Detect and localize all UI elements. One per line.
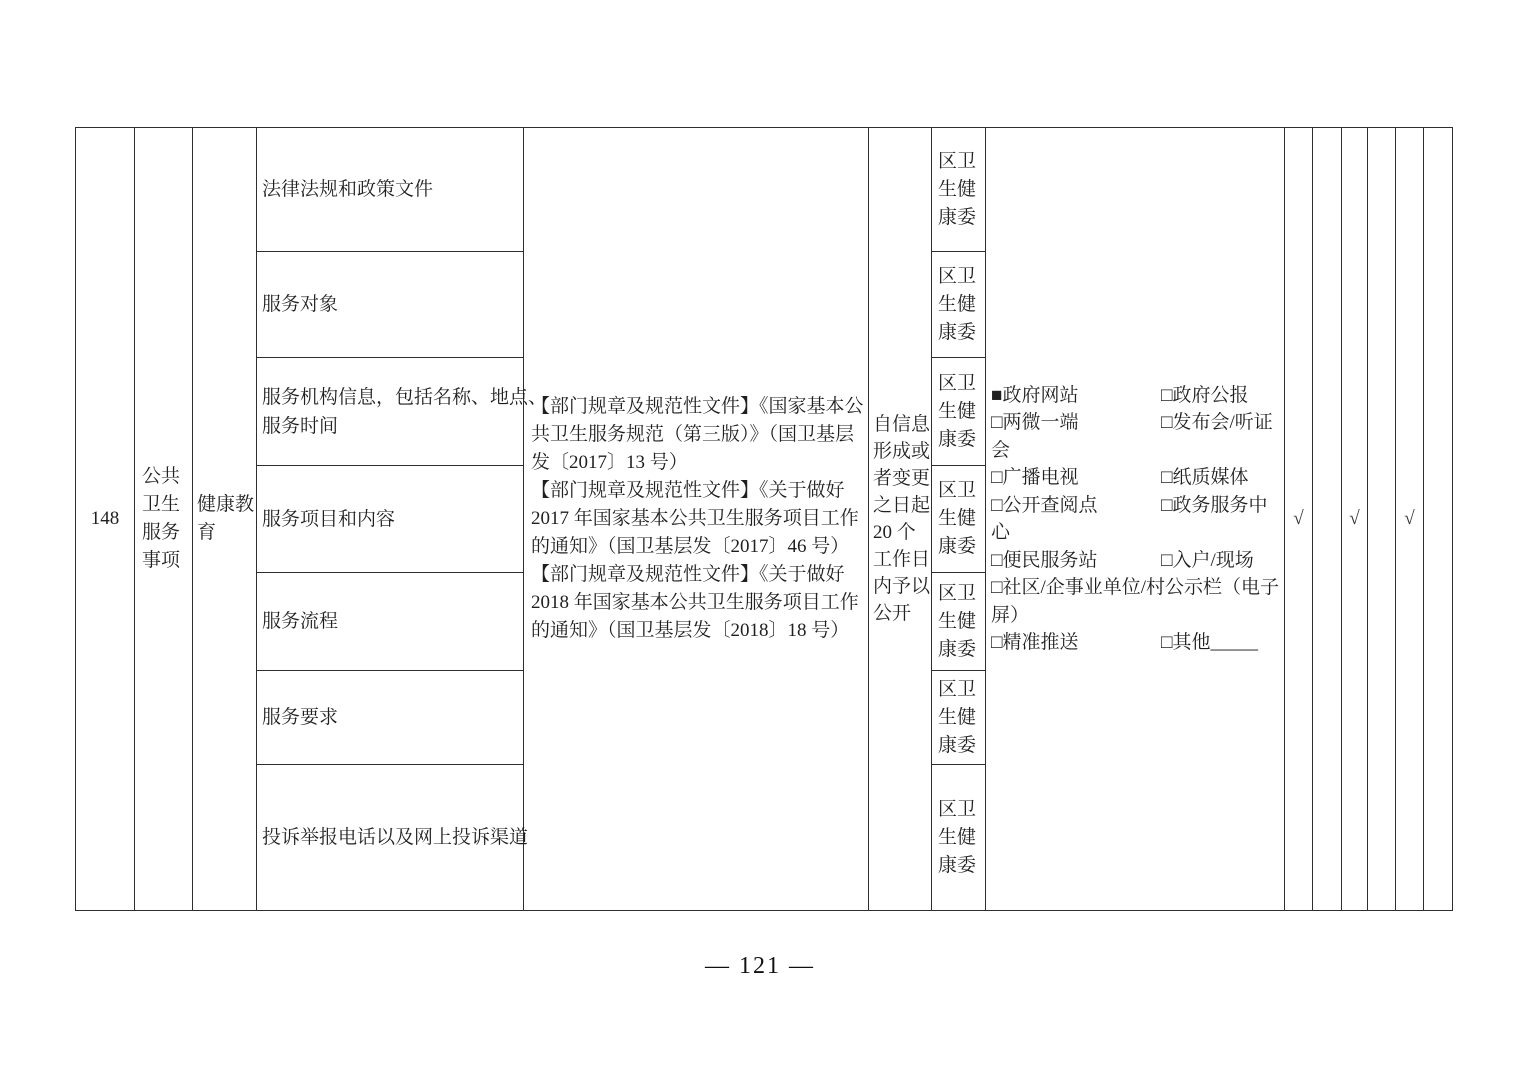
legal-basis-line: 2017 年国家基本公共卫生服务项目工作 xyxy=(524,505,868,533)
subcategory-line: 育 xyxy=(193,519,256,547)
department-line: 康委 xyxy=(932,533,985,561)
service-item-cell: 投诉举报电话以及网上投诉渠道 xyxy=(257,765,524,911)
legal-basis-line: 【部门规章及规范性文件】《关于做好 xyxy=(524,561,868,589)
department-line: 生健 xyxy=(932,176,985,204)
timing-line: 公开 xyxy=(869,600,931,627)
category-line: 服务 xyxy=(135,519,192,547)
department-line: 康委 xyxy=(932,426,985,454)
legal-basis-cell: 【部门规章及规范性文件】《国家基本公 共卫生服务规范（第三版）》（国卫基层 发〔… xyxy=(524,128,869,911)
channel-option: 心 xyxy=(991,519,1161,547)
subcategory-cell: 健康教 育 xyxy=(193,128,257,911)
channel-option: □两微一端 xyxy=(991,409,1161,437)
service-item-label: 服务流程 xyxy=(257,607,523,636)
department-line: 生健 xyxy=(932,704,985,732)
service-item-cell: 服务项目和内容 xyxy=(257,466,524,573)
department-line: 康委 xyxy=(932,204,985,232)
disclosure-channels-cell: ■政府网站□政府公报 □两微一端□发布会/听证 会 □广播电视□纸质媒体 □公开… xyxy=(986,128,1285,911)
legal-basis-line: 2018 年国家基本公共卫生服务项目工作 xyxy=(524,589,868,617)
service-item-cell: 法律法规和政策文件 xyxy=(257,128,524,252)
category-line: 事项 xyxy=(135,547,192,575)
responsible-department-cell: 区卫 生健 康委 xyxy=(932,466,986,573)
check-mark: √ xyxy=(1293,508,1303,529)
responsible-department-cell: 区卫 生健 康委 xyxy=(932,573,986,671)
check-column-2 xyxy=(1313,128,1342,911)
page-number: — 121 — xyxy=(0,953,1520,980)
timing-line: 工作日 xyxy=(869,546,931,573)
responsible-department-cell: 区卫 生健 康委 xyxy=(932,671,986,765)
department-line: 区卫 xyxy=(932,580,985,608)
service-item-label: 法律法规和政策文件 xyxy=(257,175,523,204)
department-line: 生健 xyxy=(932,398,985,426)
department-line: 区卫 xyxy=(932,477,985,505)
category-line: 卫生 xyxy=(135,491,192,519)
department-line: 生健 xyxy=(932,291,985,319)
department-line: 区卫 xyxy=(932,796,985,824)
channel-option: 屏） xyxy=(991,602,1161,630)
timing-line: 20 个 xyxy=(869,519,931,546)
legal-basis-line: 共卫生服务规范（第三版）》（国卫基层 xyxy=(524,421,868,449)
check-mark: √ xyxy=(1404,508,1414,529)
subcategory-line: 健康教 xyxy=(193,491,256,519)
service-item-label: 服务机构信息，包括名称、地点、 xyxy=(257,383,523,412)
department-line: 康委 xyxy=(932,732,985,760)
timing-line: 者变更 xyxy=(869,465,931,492)
legal-basis-line: 发〔2017〕13 号） xyxy=(524,449,868,477)
channel-line: 会 xyxy=(986,437,1284,465)
service-item-cell: 服务要求 xyxy=(257,671,524,765)
legal-basis-line: 【部门规章及规范性文件】《国家基本公 xyxy=(524,393,868,421)
item-number-cell: 148 xyxy=(76,128,135,911)
timing-line: 之日起 xyxy=(869,492,931,519)
category-cell: 公共 卫生 服务 事项 xyxy=(135,128,193,911)
check-column-6 xyxy=(1424,128,1453,911)
channel-line: □广播电视□纸质媒体 xyxy=(986,464,1284,492)
category-line: 公共 xyxy=(135,463,192,491)
legal-basis-line: 【部门规章及规范性文件】《关于做好 xyxy=(524,477,868,505)
department-line: 康委 xyxy=(932,636,985,664)
channel-line: □便民服务站□入户/现场 xyxy=(986,547,1284,575)
channel-line: 屏） xyxy=(986,602,1284,630)
department-line: 区卫 xyxy=(932,676,985,704)
check-column-3: √ xyxy=(1342,128,1368,911)
service-item-cell: 服务流程 xyxy=(257,573,524,671)
channel-line: □精准推送□其他_____ xyxy=(986,629,1284,657)
department-line: 区卫 xyxy=(932,148,985,176)
channel-option: ■政府网站 xyxy=(991,382,1161,410)
service-item-cell: 服务机构信息，包括名称、地点、 服务时间 xyxy=(257,358,524,466)
service-catalog-table: 148 公共 卫生 服务 事项 健康教 育 法律法规和政策文件 【部门规章及规范… xyxy=(75,127,1453,911)
department-line: 康委 xyxy=(932,319,985,347)
channel-option: 会 xyxy=(991,437,1161,465)
responsible-department-cell: 区卫 生健 康委 xyxy=(932,765,986,911)
channel-option: □便民服务站 xyxy=(991,547,1161,575)
legal-basis-line: 的通知》（国卫基层发〔2018〕18 号） xyxy=(524,617,868,645)
timing-line: 内予以 xyxy=(869,573,931,600)
service-item-label: 服务要求 xyxy=(257,703,523,732)
check-column-5: √ xyxy=(1396,128,1424,911)
responsible-department-cell: 区卫 生健 康委 xyxy=(932,358,986,466)
channel-option: □政府公报 xyxy=(1161,385,1248,406)
check-column-4 xyxy=(1368,128,1396,911)
department-line: 康委 xyxy=(932,852,985,880)
responsible-department-cell: 区卫 生健 康委 xyxy=(932,252,986,358)
department-line: 区卫 xyxy=(932,263,985,291)
timing-line: 自信息 xyxy=(869,411,931,438)
service-item-label: 投诉举报电话以及网上投诉渠道 xyxy=(257,823,523,852)
service-item-label: 服务时间 xyxy=(257,412,523,441)
channel-option: □精准推送 xyxy=(991,629,1161,657)
check-mark: √ xyxy=(1349,508,1359,529)
timing-line: 形成或 xyxy=(869,438,931,465)
department-line: 区卫 xyxy=(932,370,985,398)
department-line: 生健 xyxy=(932,824,985,852)
channel-option: □政务服务中 xyxy=(1161,495,1267,516)
channel-option: □入户/现场 xyxy=(1161,550,1254,571)
channel-line: ■政府网站□政府公报 xyxy=(986,382,1284,410)
disclosure-timing-cell: 自信息 形成或 者变更 之日起 20 个 工作日 内予以 公开 xyxy=(869,128,932,911)
channel-line: □社区/企事业单位/村公示栏（电子 xyxy=(986,574,1284,602)
channel-option: □社区/企事业单位/村公示栏（电子 xyxy=(991,574,1279,602)
channel-line: □两微一端□发布会/听证 xyxy=(986,409,1284,437)
channel-option: □其他_____ xyxy=(1161,632,1258,653)
channel-line: 心 xyxy=(986,519,1284,547)
channel-line: □公开查阅点□政务服务中 xyxy=(986,492,1284,520)
legal-basis-line: 的通知》（国卫基层发〔2017〕46 号） xyxy=(524,533,868,561)
channel-option: □广播电视 xyxy=(991,464,1161,492)
responsible-department-cell: 区卫 生健 康委 xyxy=(932,128,986,252)
channel-option: □纸质媒体 xyxy=(1161,467,1248,488)
item-number: 148 xyxy=(76,505,134,533)
department-line: 生健 xyxy=(932,505,985,533)
channel-option: □发布会/听证 xyxy=(1161,412,1273,433)
service-item-label: 服务对象 xyxy=(257,290,523,319)
service-item-label: 服务项目和内容 xyxy=(257,505,523,534)
department-line: 生健 xyxy=(932,608,985,636)
service-item-cell: 服务对象 xyxy=(257,252,524,358)
check-column-1: √ xyxy=(1285,128,1313,911)
channel-option: □公开查阅点 xyxy=(991,492,1161,520)
